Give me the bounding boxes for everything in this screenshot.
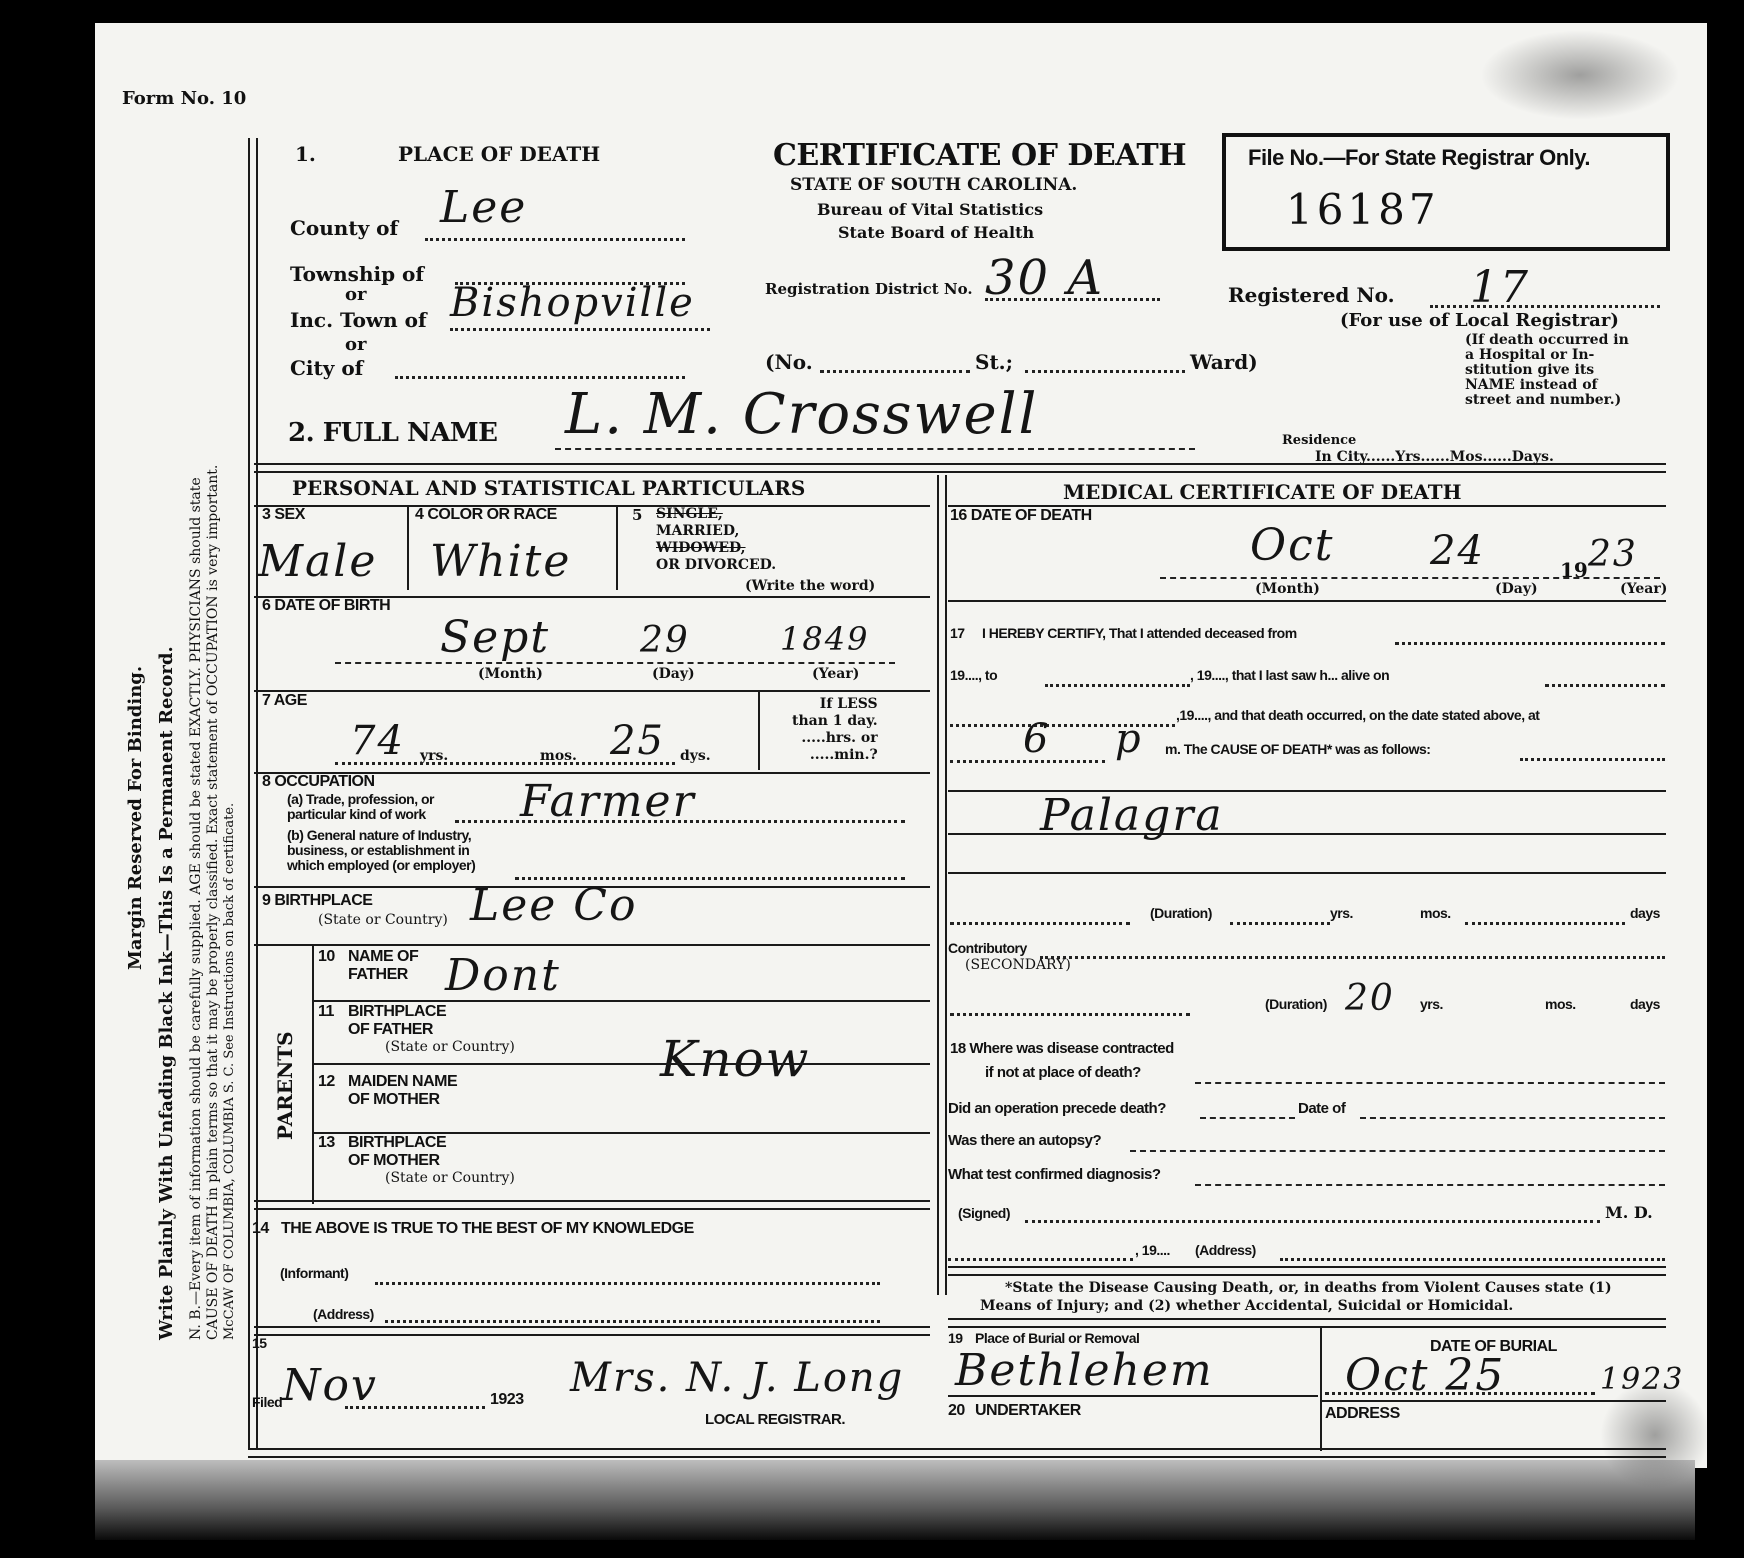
township-label: Township of: [290, 262, 424, 286]
birthplace-label: 9 BIRTHPLACE: [262, 892, 372, 910]
age-dys-label: dys.: [680, 748, 711, 764]
town-value[interactable]: Bishopville: [450, 280, 695, 326]
registered-no-value[interactable]: 17: [1470, 262, 1530, 313]
ward-label: Ward): [1190, 350, 1258, 374]
place-of-death-heading: PLACE OF DEATH: [398, 142, 600, 166]
informant-heading: THE ABOVE IS TRUE TO THE BEST OF MY KNOW…: [281, 1220, 694, 1238]
date-of-death-label: 16 DATE OF DEATH: [950, 507, 1092, 525]
burial-label: Place of Burial or Removal: [975, 1330, 1139, 1346]
dod-month-caption: (Month): [1255, 581, 1320, 597]
dob-label: 6 DATE OF BIRTH: [262, 597, 390, 615]
town-label: Inc. Town of: [290, 308, 427, 332]
county-value[interactable]: Lee: [440, 182, 527, 233]
filed-year: 1923: [490, 1391, 524, 1409]
date-of-death-year-prefix: 19: [1560, 558, 1588, 582]
marital-note: (Write the word): [745, 578, 875, 594]
cause-of-death-value[interactable]: Palagra: [1040, 790, 1224, 841]
death-ampm-value[interactable]: p: [1115, 716, 1143, 762]
marital-number: 5: [632, 506, 642, 524]
name-divider: [254, 463, 1666, 473]
father-birthplace-num: 11: [318, 1003, 334, 1021]
informant-label: (Informant): [280, 1265, 348, 1281]
registration-district-value[interactable]: 30 A: [985, 250, 1104, 306]
undertaker-address-label: ADDRESS: [1325, 1405, 1400, 1423]
scan-smudge: [1480, 30, 1680, 120]
father-birthplace-label: BIRTHPLACE OF FATHER: [348, 1003, 446, 1039]
margin-instructions-2: CAUSE OF DEATH in plain terms so that it…: [205, 465, 221, 1340]
signed-suffix: M. D.: [1605, 1203, 1653, 1222]
bottom-frame-rule: [248, 1448, 1666, 1458]
street-no-label: (No.: [765, 350, 813, 374]
personal-heading: PERSONAL AND STATISTICAL PARTICULARS: [292, 476, 805, 500]
father-birthplace-value[interactable]: Know: [660, 1030, 810, 1088]
dob-month[interactable]: Sept: [440, 612, 550, 663]
registration-district-label: Registration District No.: [765, 280, 973, 298]
board-name: State Board of Health: [838, 223, 1034, 242]
duration2-label: (Duration): [1265, 996, 1327, 1012]
certify-line3: ,19...., and that death occurred, on the…: [1176, 707, 1539, 723]
undertaker-num: 20: [948, 1402, 965, 1420]
mother-birthplace-num: 13: [318, 1134, 335, 1152]
informant-num: 14: [252, 1220, 269, 1238]
dod-day-caption: (Day): [1495, 581, 1538, 597]
scan-bottom-edge: [95, 1460, 1695, 1540]
contributory-sub: (SECONDARY): [965, 957, 1071, 973]
left-frame-rule: [248, 138, 258, 1448]
city-label: City of: [290, 356, 363, 380]
date-of-death-year[interactable]: 23: [1588, 534, 1638, 575]
filed-label: Filed: [252, 1394, 282, 1410]
certify-line2b: , 19...., that I last saw h... alive on: [1190, 667, 1389, 683]
age-less-note: If LESS than 1 day. .....hrs. or .....mi…: [792, 696, 878, 764]
parents-side-label: PARENTS: [273, 1031, 297, 1140]
file-number-label: File No.—For State Registrar Only.: [1248, 145, 1590, 171]
age-years[interactable]: 74: [350, 718, 405, 764]
dob-day-caption: (Day): [652, 666, 695, 682]
race-value[interactable]: White: [430, 536, 571, 587]
registrar-label: LOCAL REGISTRAR.: [705, 1411, 845, 1428]
mother-birthplace-label: BIRTHPLACE OF MOTHER: [348, 1134, 446, 1170]
certificate-title: CERTIFICATE OF DEATH: [773, 138, 1186, 173]
dob-year[interactable]: 1849: [780, 620, 869, 658]
registered-no-note: (For use of Local Registrar): [1340, 310, 1619, 331]
sex-value[interactable]: Male: [258, 536, 377, 587]
date-of-death-month[interactable]: Oct: [1250, 520, 1334, 571]
county-label: County of: [290, 216, 398, 240]
duration2-yrs: yrs.: [1420, 996, 1443, 1012]
street-label: St.;: [975, 350, 1013, 374]
sex-label: 3 SEX: [262, 506, 305, 524]
medical-address-label: (Address): [1195, 1242, 1256, 1258]
birthplace-sub: (State or Country): [318, 912, 448, 928]
test-label: What test confirmed diagnosis?: [948, 1166, 1161, 1183]
mother-name-num: 12: [318, 1073, 335, 1091]
q18-line1: 18 Where was disease contracted: [950, 1040, 1174, 1057]
certify-num: 17: [950, 625, 965, 641]
certify-line2a: 19...., to: [950, 667, 997, 683]
filed-num: 15: [252, 1335, 267, 1351]
q18-line2: if not at place of death?: [985, 1064, 1141, 1081]
occupation-b-label: (b) General nature of Industry, business…: [287, 828, 475, 873]
footnote-line1: *State the Disease Causing Death, or, in…: [1005, 1280, 1612, 1296]
age-label: 7 AGE: [262, 692, 307, 710]
operation-label: Did an operation precede death?: [948, 1100, 1166, 1117]
or-label: or: [345, 334, 367, 355]
margin-ink-note: Write Plainly With Unfading Black Ink—Th…: [156, 646, 177, 1340]
duration1-mos: mos.: [1420, 905, 1451, 921]
race-label: 4 COLOR OR RACE: [415, 506, 557, 524]
occupation-label: 8 OCCUPATION: [262, 773, 375, 791]
registered-no-label: Registered No.: [1228, 283, 1395, 307]
state-name: STATE OF SOUTH CAROLINA.: [790, 175, 1077, 195]
footnote-line2: Means of Injury; and (2) whether Acciden…: [980, 1298, 1513, 1314]
margin-printer: McCAW OF COLUMBIA, COLUMBIA S. C. See In…: [222, 803, 237, 1340]
dob-year-caption: (Year): [812, 666, 859, 682]
duration1-label: (Duration): [1150, 905, 1212, 921]
autopsy-label: Was there an autopsy?: [948, 1132, 1101, 1149]
duration2-value[interactable]: 20: [1345, 978, 1395, 1019]
mother-name-label: MAIDEN NAME OF MOTHER: [348, 1073, 457, 1109]
mother-birthplace-sub: (State or Country): [385, 1170, 515, 1186]
occupation-a-label: (a) Trade, profession, or particular kin…: [287, 792, 434, 822]
operation-date-label: Date of: [1298, 1100, 1345, 1117]
center-divider: [937, 475, 947, 1295]
birthplace-value[interactable]: Lee Co: [470, 880, 637, 931]
bureau-name: Bureau of Vital Statistics: [817, 200, 1043, 219]
dob-day[interactable]: 29: [640, 620, 690, 661]
burial-place-value[interactable]: Bethlehem: [955, 1345, 1214, 1396]
file-number-box: File No.—For State Registrar Only. 16187: [1222, 133, 1670, 251]
medical-address-year: , 19....: [1135, 1242, 1170, 1258]
duration1-yrs: yrs.: [1330, 905, 1353, 921]
father-name-num: 10: [318, 948, 335, 966]
undertaker-label: UNDERTAKER: [975, 1402, 1081, 1420]
margin-instructions-1: N. B.—Every item of information should b…: [188, 477, 204, 1340]
burial-year[interactable]: 1923: [1600, 1362, 1684, 1397]
margin-binding-note: Margin Reserved For Binding.: [125, 666, 146, 970]
father-name-value[interactable]: Dont: [445, 950, 561, 1001]
informant-address-label: (Address): [313, 1306, 374, 1322]
dod-year-caption: (Year): [1620, 581, 1667, 597]
file-number-value[interactable]: 16187: [1286, 185, 1440, 234]
burial-num: 19: [948, 1330, 963, 1346]
signed-label: (Signed): [958, 1205, 1010, 1221]
father-name-label: NAME OF FATHER: [348, 948, 418, 984]
or-label: or: [345, 284, 367, 305]
duration1-days: days: [1630, 905, 1660, 921]
duration2-days: days: [1630, 996, 1660, 1012]
date-of-death-day[interactable]: 24: [1430, 528, 1485, 574]
full-name-label: 2. FULL NAME: [288, 418, 497, 448]
certify-line1: I HEREBY CERTIFY, That I attended deceas…: [982, 625, 1297, 641]
duration2-mos: mos.: [1545, 996, 1576, 1012]
medical-heading: MEDICAL CERTIFICATE OF DEATH: [1063, 480, 1462, 504]
contributory-label: Contributory: [948, 940, 1027, 956]
residence-label: Residence: [1282, 433, 1356, 448]
marital-options: SINGLE, MARRIED, WIDOWED, OR DIVORCED.: [656, 506, 776, 574]
dob-month-caption: (Month): [478, 666, 543, 682]
certify-line4: m. The CAUSE OF DEATH* was as follows:: [1165, 741, 1430, 757]
occupation-value[interactable]: Farmer: [520, 776, 696, 827]
registrar-signature[interactable]: Mrs. N. J. Long: [570, 1355, 904, 1401]
place-of-death-number: 1.: [295, 142, 316, 166]
age-days[interactable]: 25: [610, 718, 665, 764]
form-number: Form No. 10: [122, 88, 246, 109]
hospital-note: (If death occurred in a Hospital or In- …: [1465, 333, 1629, 408]
filed-date-value[interactable]: Nov: [282, 1360, 378, 1411]
death-time-value[interactable]: 6: [1023, 716, 1050, 762]
father-birthplace-sub: (State or Country): [385, 1039, 515, 1055]
full-name-value[interactable]: L. M. Crosswell: [565, 382, 1038, 447]
